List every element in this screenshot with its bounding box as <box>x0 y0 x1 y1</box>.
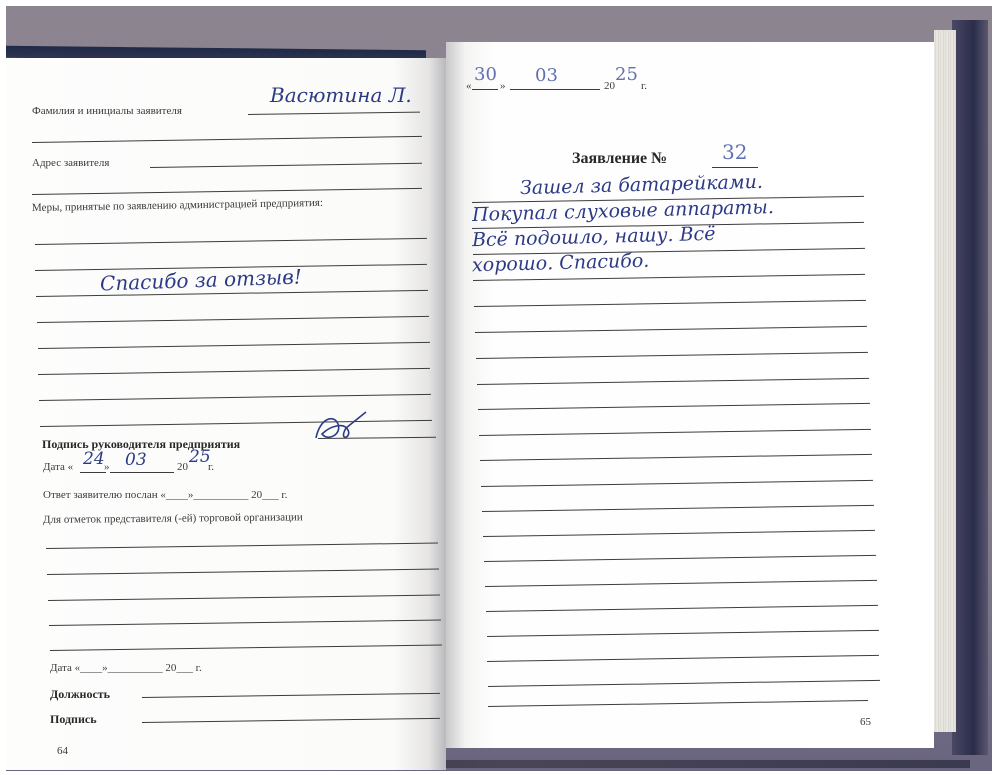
applicant-name-label: Фамилия и инициалы заявителя <box>32 105 182 117</box>
manager-signature-mark <box>308 408 378 448</box>
page-number-right: 65 <box>860 716 871 728</box>
right-page <box>446 42 934 748</box>
reply-sent-label: Ответ заявителю послан «____»__________ … <box>43 489 287 501</box>
statement-date-suffix: г. <box>641 80 647 92</box>
page-stack-edge <box>934 30 956 732</box>
page-number-left: 64 <box>57 745 68 757</box>
statement-date-month-line <box>510 89 600 90</box>
statement-date-year: 25 <box>615 64 638 85</box>
statement-number: 32 <box>722 140 747 164</box>
statement-line-4: хорошо. Спасибо. <box>472 250 650 277</box>
statement-date-day-line <box>472 89 498 90</box>
cover-edge-right <box>952 20 988 755</box>
applicant-name-value: Васютина Л. <box>270 83 412 107</box>
decision-date-day: 24 <box>83 449 105 469</box>
decision-date-century: 20 <box>177 461 188 473</box>
decision-date-suffix: г. <box>208 461 214 473</box>
rep-date-label: Дата «____»__________ 20___ г. <box>50 662 202 674</box>
position-label: Должность <box>50 687 110 702</box>
statement-date-open: « <box>466 80 472 92</box>
decision-date-month-line <box>110 472 174 473</box>
signature-label: Подпись <box>50 712 97 727</box>
statement-date-century: 20 <box>604 80 615 92</box>
decision-date-day-line <box>80 472 106 473</box>
decision-date-month: 03 <box>125 450 147 470</box>
statement-date-close: » <box>500 80 506 92</box>
applicant-address-label: Адрес заявителя <box>32 157 109 169</box>
statement-title: Заявление № <box>572 150 667 168</box>
statement-date-month: 03 <box>535 65 558 86</box>
statement-date-day: 30 <box>474 64 497 85</box>
decision-date-prefix: Дата « <box>43 461 73 473</box>
statement-number-line <box>712 167 758 168</box>
